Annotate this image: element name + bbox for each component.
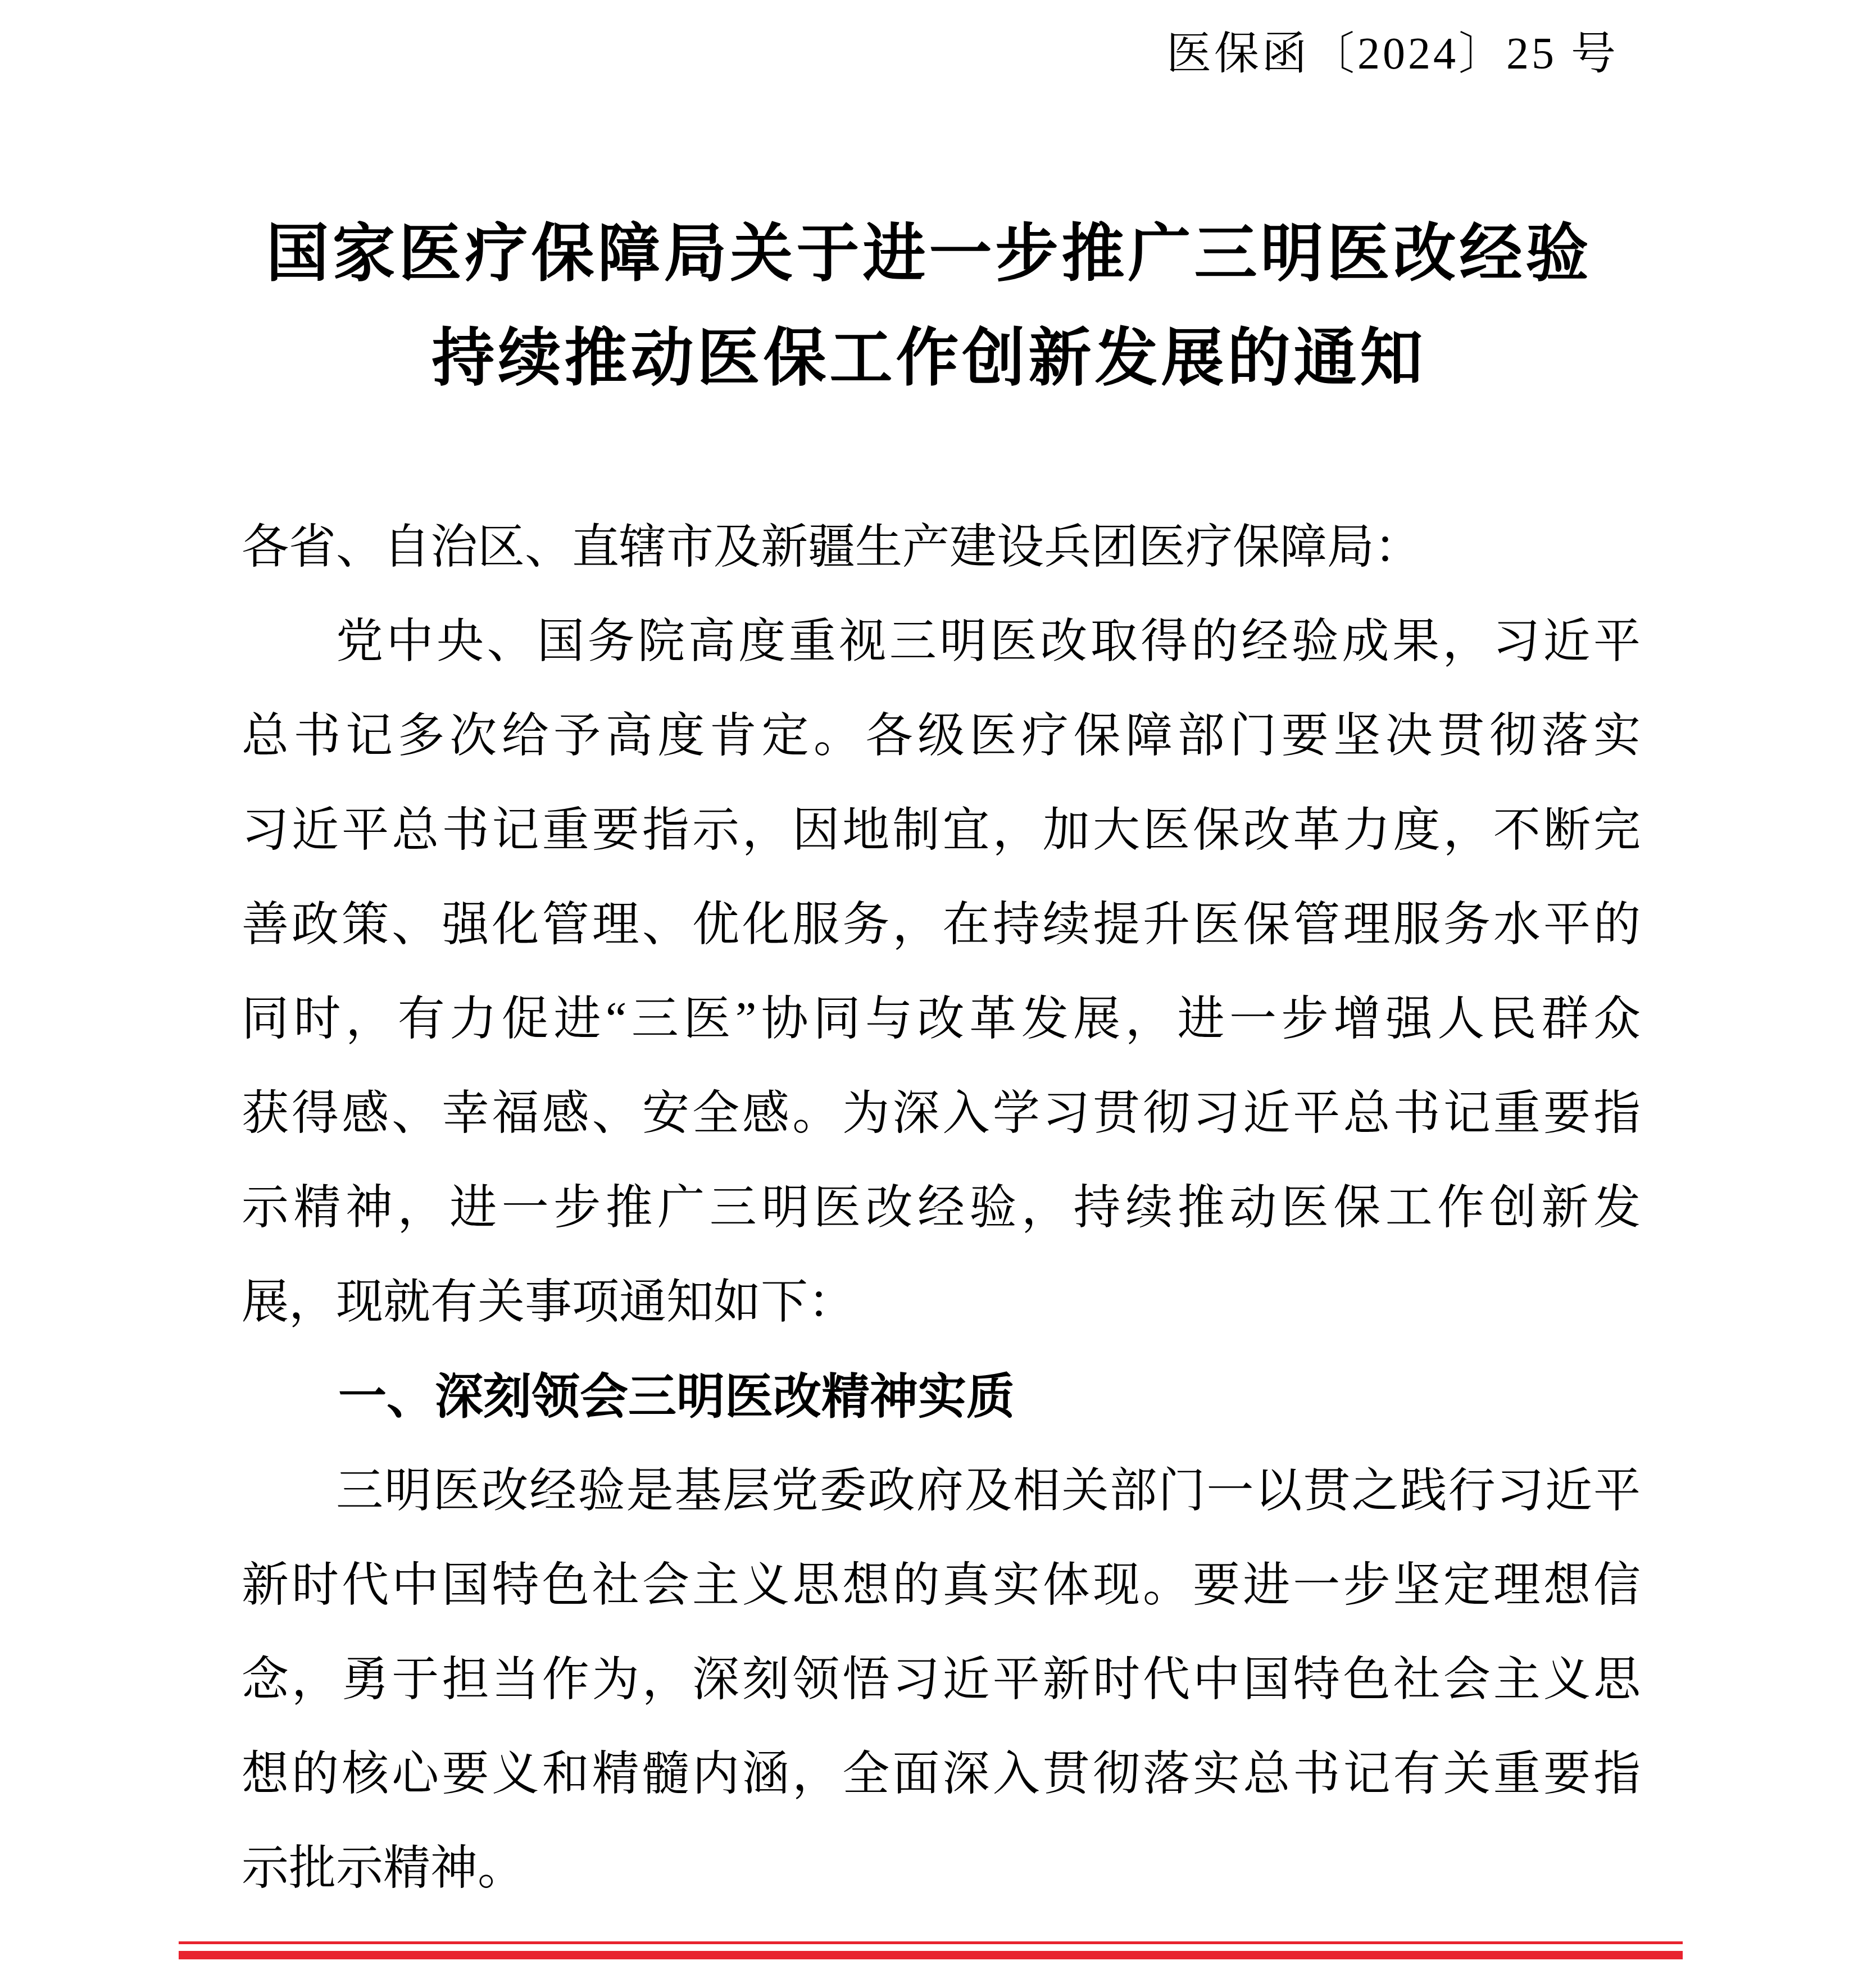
body-line: 同时，有力促进“三医”协同与改革发展，进一步增强人民群众 — [242, 972, 1641, 1067]
body-line: 获得感、幸福感、安全感。为深入学习贯彻习近平总书记重要指 — [242, 1067, 1641, 1161]
document-body: 各省、自治区、直辖市及新疆生产建设兵团医疗保障局：党中央、国务院高度重视三明医改… — [242, 501, 1641, 1916]
body-line: 念，勇于担当作为，深刻领悟习近平新时代中国特色社会主义思 — [242, 1633, 1641, 1727]
body-line: 新时代中国特色社会主义思想的真实体现。要进一步坚定理想信 — [242, 1539, 1641, 1633]
red-divider-thick — [179, 1951, 1683, 1959]
title-line-1: 国家医疗保障局关于进一步推广三明医改经验 — [0, 202, 1858, 307]
body-line: 善政策、强化管理、优化服务，在持续提升医保管理服务水平的 — [242, 878, 1641, 972]
salutation-line: 各省、自治区、直辖市及新疆生产建设兵团医疗保障局： — [242, 501, 1641, 595]
body-line: 想的核心要义和精髓内涵，全面深入贯彻落实总书记有关重要指 — [242, 1727, 1641, 1822]
body-line: 展，现就有关事项通知如下： — [242, 1255, 1641, 1350]
body-line: 总书记多次给予高度肯定。各级医疗保障部门要坚决贯彻落实 — [242, 689, 1641, 784]
red-divider-thin — [179, 1941, 1683, 1944]
document-page: 医保函〔2024〕25 号 国家医疗保障局关于进一步推广三明医改经验 持续推动医… — [0, 0, 1858, 1988]
body-line: 示批示精神。 — [242, 1822, 1641, 1916]
title-line-2: 持续推动医保工作创新发展的通知 — [0, 307, 1858, 411]
body-line: 习近平总书记重要指示，因地制宜，加大医保改革力度，不断完 — [242, 784, 1641, 878]
section-heading: 一、深刻领会三明医改精神实质 — [242, 1350, 1641, 1444]
body-line: 党中央、国务院高度重视三明医改取得的经验成果，习近平 — [242, 595, 1641, 689]
body-line: 三明医改经验是基层党委政府及相关部门一以贯之践行习近平 — [242, 1444, 1641, 1539]
body-line: 示精神，进一步推广三明医改经验，持续推动医保工作创新发 — [242, 1161, 1641, 1255]
document-title: 国家医疗保障局关于进一步推广三明医改经验 持续推动医保工作创新发展的通知 — [0, 202, 1858, 411]
doc-number: 医保函〔2024〕25 号 — [1166, 27, 1619, 81]
